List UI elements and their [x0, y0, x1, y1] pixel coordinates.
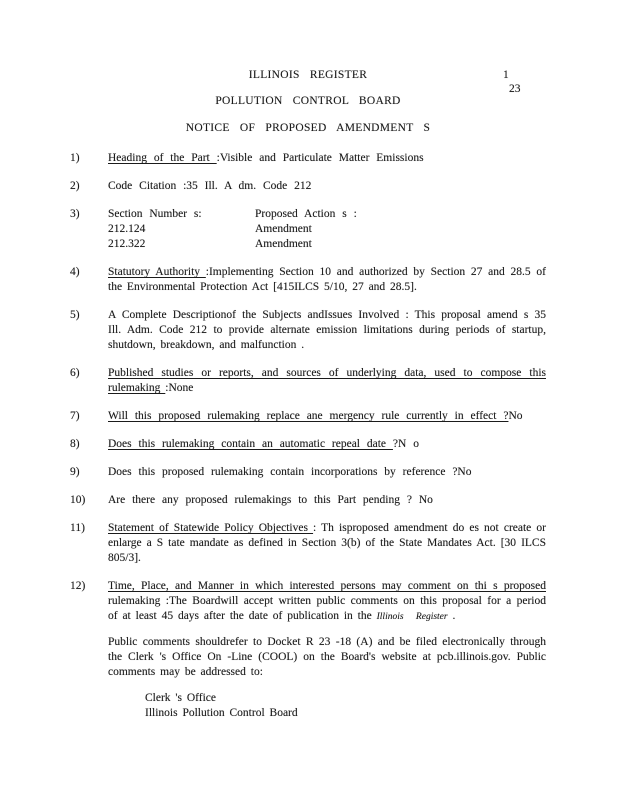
- item-number: 3): [70, 207, 108, 252]
- item-text: Statutory Authority :Implementing Sectio…: [108, 265, 546, 295]
- item-6-published-studies: 6) Published studies or reports, and sou…: [70, 366, 546, 396]
- address-line: Illinois Pollution Control Board: [145, 706, 546, 721]
- column-header: Proposed Action s :: [255, 207, 357, 222]
- section-number-column: Section Number s: 212.124 212.322: [108, 207, 255, 252]
- item-number: 10): [70, 493, 108, 508]
- item-10-rulemakings-pending: 10) Are there any proposed rulemakings t…: [70, 493, 546, 508]
- item-number: 9): [70, 465, 108, 480]
- item-number: 4): [70, 265, 108, 295]
- item-number: 5): [70, 308, 108, 353]
- public-comments-paragraph: Public comments shouldrefer to Docket R …: [108, 635, 546, 680]
- register-title: ILLINOIS REGISTER: [70, 68, 546, 83]
- underlined-heading: Will this proposed rulemaking replace an…: [108, 410, 508, 422]
- underlined-heading: Heading of the Part: [108, 152, 217, 164]
- address-block: Clerk 's Office Illinois Pollution Contr…: [145, 691, 546, 721]
- item-text: Are there any proposed rulemakings to th…: [108, 493, 546, 508]
- item-number: 8): [70, 437, 108, 452]
- underlined-heading: Does this rulemaking contain an automati…: [108, 438, 393, 450]
- proposed-action: Amendment: [255, 222, 357, 237]
- item-5-description: 5) A Complete Descriptionof the Subjects…: [70, 308, 546, 353]
- item-text: Will this proposed rulemaking replace an…: [108, 409, 546, 424]
- section-number: 212.322: [108, 237, 255, 252]
- underlined-heading: Statutory Authority: [108, 266, 206, 278]
- item-number: 2): [70, 179, 108, 194]
- item-number: 1): [70, 151, 108, 166]
- item-text: Code Citation :35 Ill. A dm. Code 212: [108, 179, 546, 194]
- item-rest: No: [508, 410, 522, 422]
- page-number: 1: [503, 68, 509, 83]
- item-rest: :Visible and Particulate Matter Emission…: [217, 152, 424, 164]
- item-text: Does this rulemaking contain an automati…: [108, 437, 546, 452]
- proposed-action: Amendment: [255, 237, 357, 252]
- document-header: ILLINOIS REGISTER POLLUTION CONTROL BOAR…: [70, 68, 546, 136]
- item-12-time-place-manner: 12) Time, Place, and Manner in which int…: [70, 579, 546, 721]
- section-number: 212.124: [108, 222, 255, 237]
- item-text: Published studies or reports, and source…: [108, 366, 546, 396]
- item-text: Heading of the Part :Visible and Particu…: [108, 151, 546, 166]
- notice-title: NOTICE OF PROPOSED AMENDMENT S: [70, 121, 546, 136]
- document-page: 1 23 ILLINOIS REGISTER POLLUTION CONTROL…: [0, 0, 618, 800]
- item-text: A Complete Descriptionof the Subjects an…: [108, 308, 546, 353]
- column-header: Section Number s:: [108, 207, 255, 222]
- item-text: Time, Place, and Manner in which interes…: [108, 579, 546, 721]
- illinois-register-italic: Illinois Register: [377, 612, 448, 622]
- item-9-incorporations-by-reference: 9) Does this proposed rulemaking contain…: [70, 465, 546, 480]
- item-1-heading-of-part: 1) Heading of the Part :Visible and Part…: [70, 151, 546, 166]
- item-rest: .: [448, 610, 456, 622]
- item-rest: :None: [165, 382, 193, 394]
- item-3-section-numbers: 3) Section Number s: 212.124 212.322 Pro…: [70, 207, 546, 252]
- item-2-code-citation: 2) Code Citation :35 Ill. A dm. Code 212: [70, 179, 546, 194]
- item-11-statewide-policy-objectives: 11) Statement of Statewide Policy Object…: [70, 521, 546, 566]
- item-number: 6): [70, 366, 108, 396]
- item-number: 12): [70, 579, 108, 721]
- item-4-statutory-authority: 4) Statutory Authority :Implementing Sec…: [70, 265, 546, 295]
- section-action-table: Section Number s: 212.124 212.322 Propos…: [108, 207, 546, 252]
- item-number: 11): [70, 521, 108, 566]
- address-line: Clerk 's Office: [145, 691, 546, 706]
- comment-period-paragraph: Time, Place, and Manner in which interes…: [108, 579, 546, 625]
- board-title: POLLUTION CONTROL BOARD: [70, 94, 546, 109]
- item-7-replace-emergency-rule: 7) Will this proposed rulemaking replace…: [70, 409, 546, 424]
- item-rest: rulemaking :The Boardwill accept written…: [108, 595, 546, 622]
- issue-number: 23: [509, 82, 521, 97]
- item-text: Does this proposed rulemaking contain in…: [108, 465, 546, 480]
- proposed-action-column: Proposed Action s : Amendment Amendment: [255, 207, 357, 252]
- item-rest: ?N o: [393, 438, 419, 450]
- item-8-automatic-repeal-date: 8) Does this rulemaking contain an autom…: [70, 437, 546, 452]
- item-text: Statement of Statewide Policy Objectives…: [108, 521, 546, 566]
- underlined-heading: Time, Place, and Manner in which interes…: [108, 580, 546, 592]
- underlined-heading: Statement of Statewide Policy Objectives: [108, 522, 313, 534]
- item-number: 7): [70, 409, 108, 424]
